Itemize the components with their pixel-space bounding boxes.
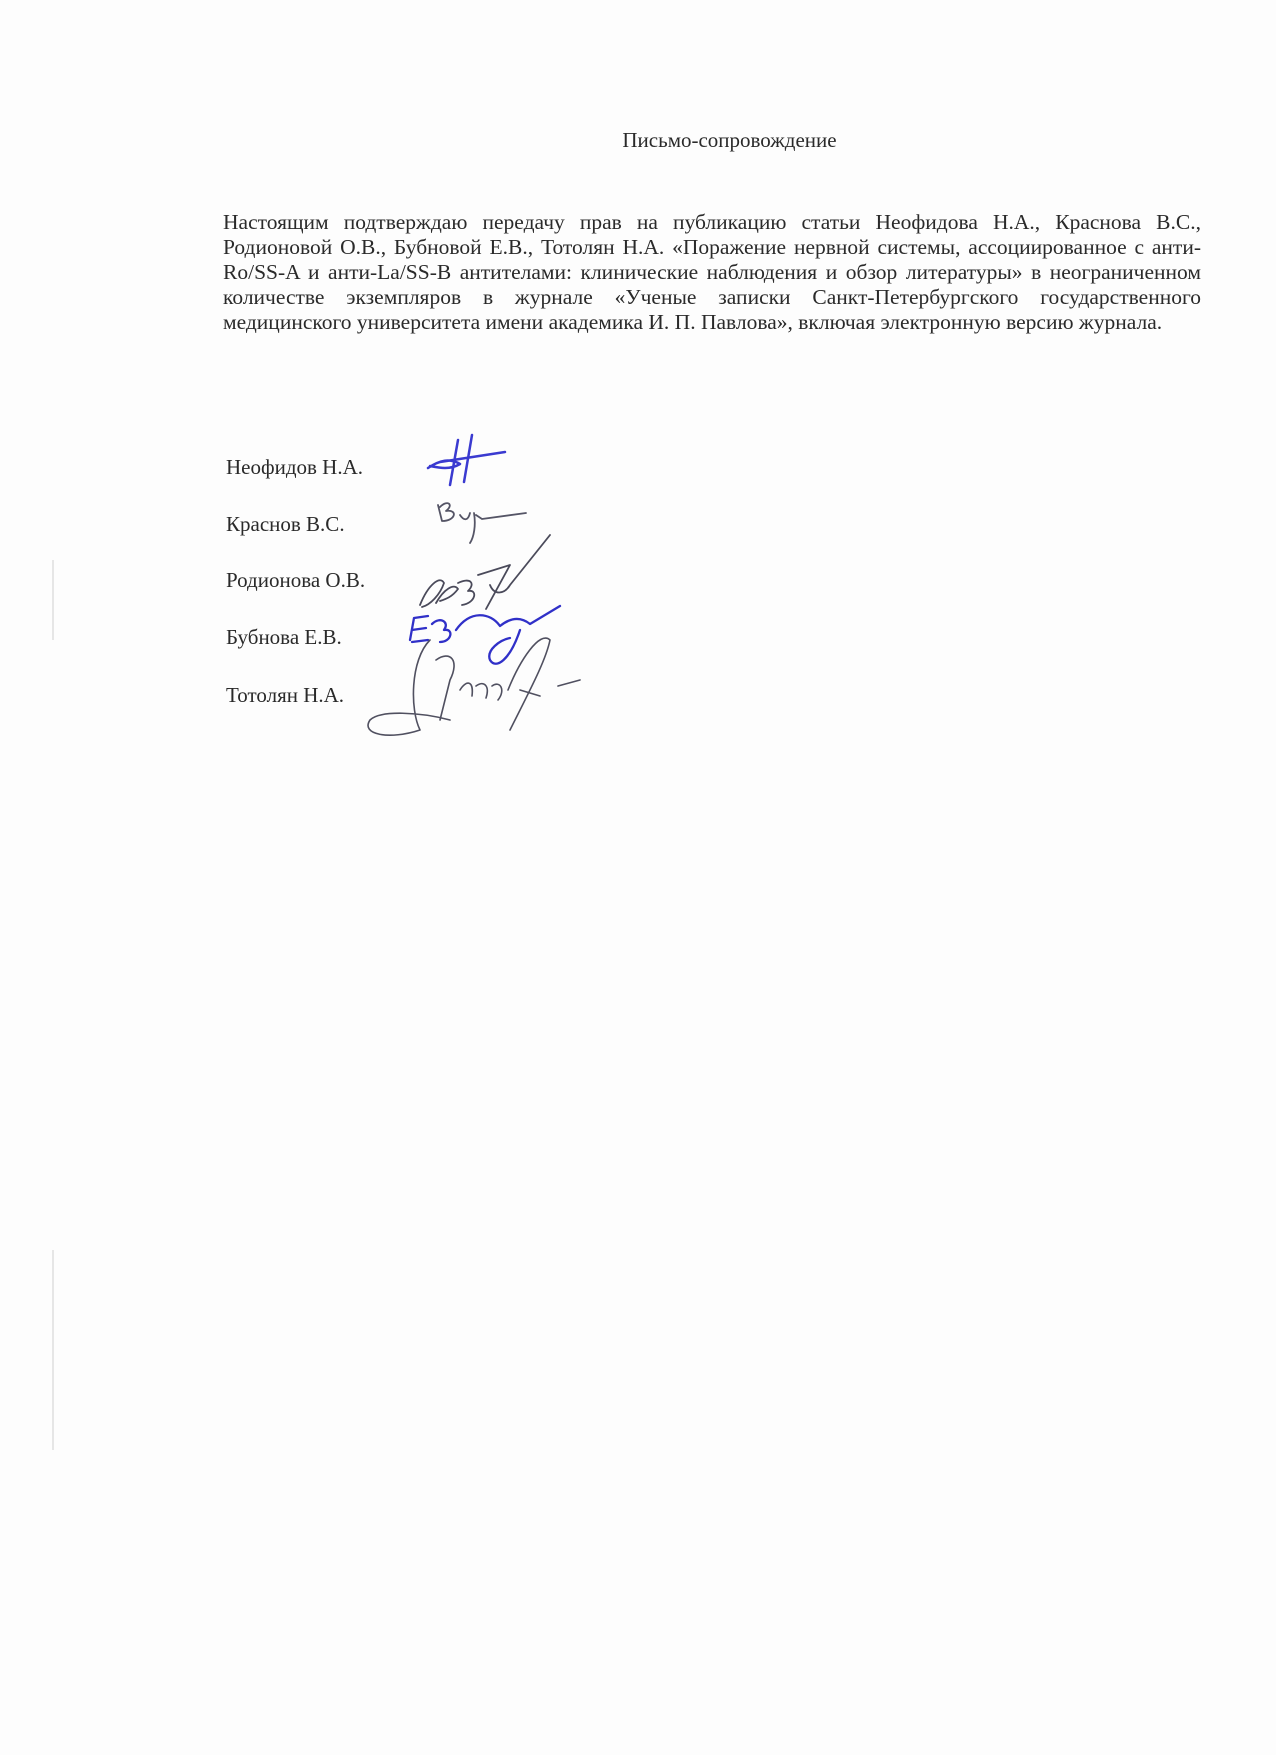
signature-neofidov	[420, 430, 510, 490]
document-body: Настоящим подтверждаю передачу прав на п…	[223, 210, 1201, 335]
scan-edge-mark	[52, 560, 54, 640]
signature-krasnov	[430, 495, 530, 555]
signatory-name: Родионова О.В.	[226, 568, 365, 593]
signature-totolyan	[350, 620, 600, 750]
scan-edge-mark	[52, 1250, 54, 1450]
document-title: Письмо-сопровождение	[0, 128, 1276, 153]
scanned-page: Письмо-сопровождение Настоящим подтвержд…	[0, 0, 1276, 1755]
body-paragraph: Настоящим подтверждаю передачу прав на п…	[223, 210, 1201, 335]
signatory-name: Тотолян Н.А.	[226, 683, 344, 708]
signature-bubnova	[400, 590, 570, 680]
signatory-name: Бубнова Е.В.	[226, 625, 342, 650]
signatory-name: Неофидов Н.А.	[226, 455, 363, 480]
signatory-name: Краснов В.С.	[226, 512, 345, 537]
signature-rodionova	[410, 525, 560, 625]
